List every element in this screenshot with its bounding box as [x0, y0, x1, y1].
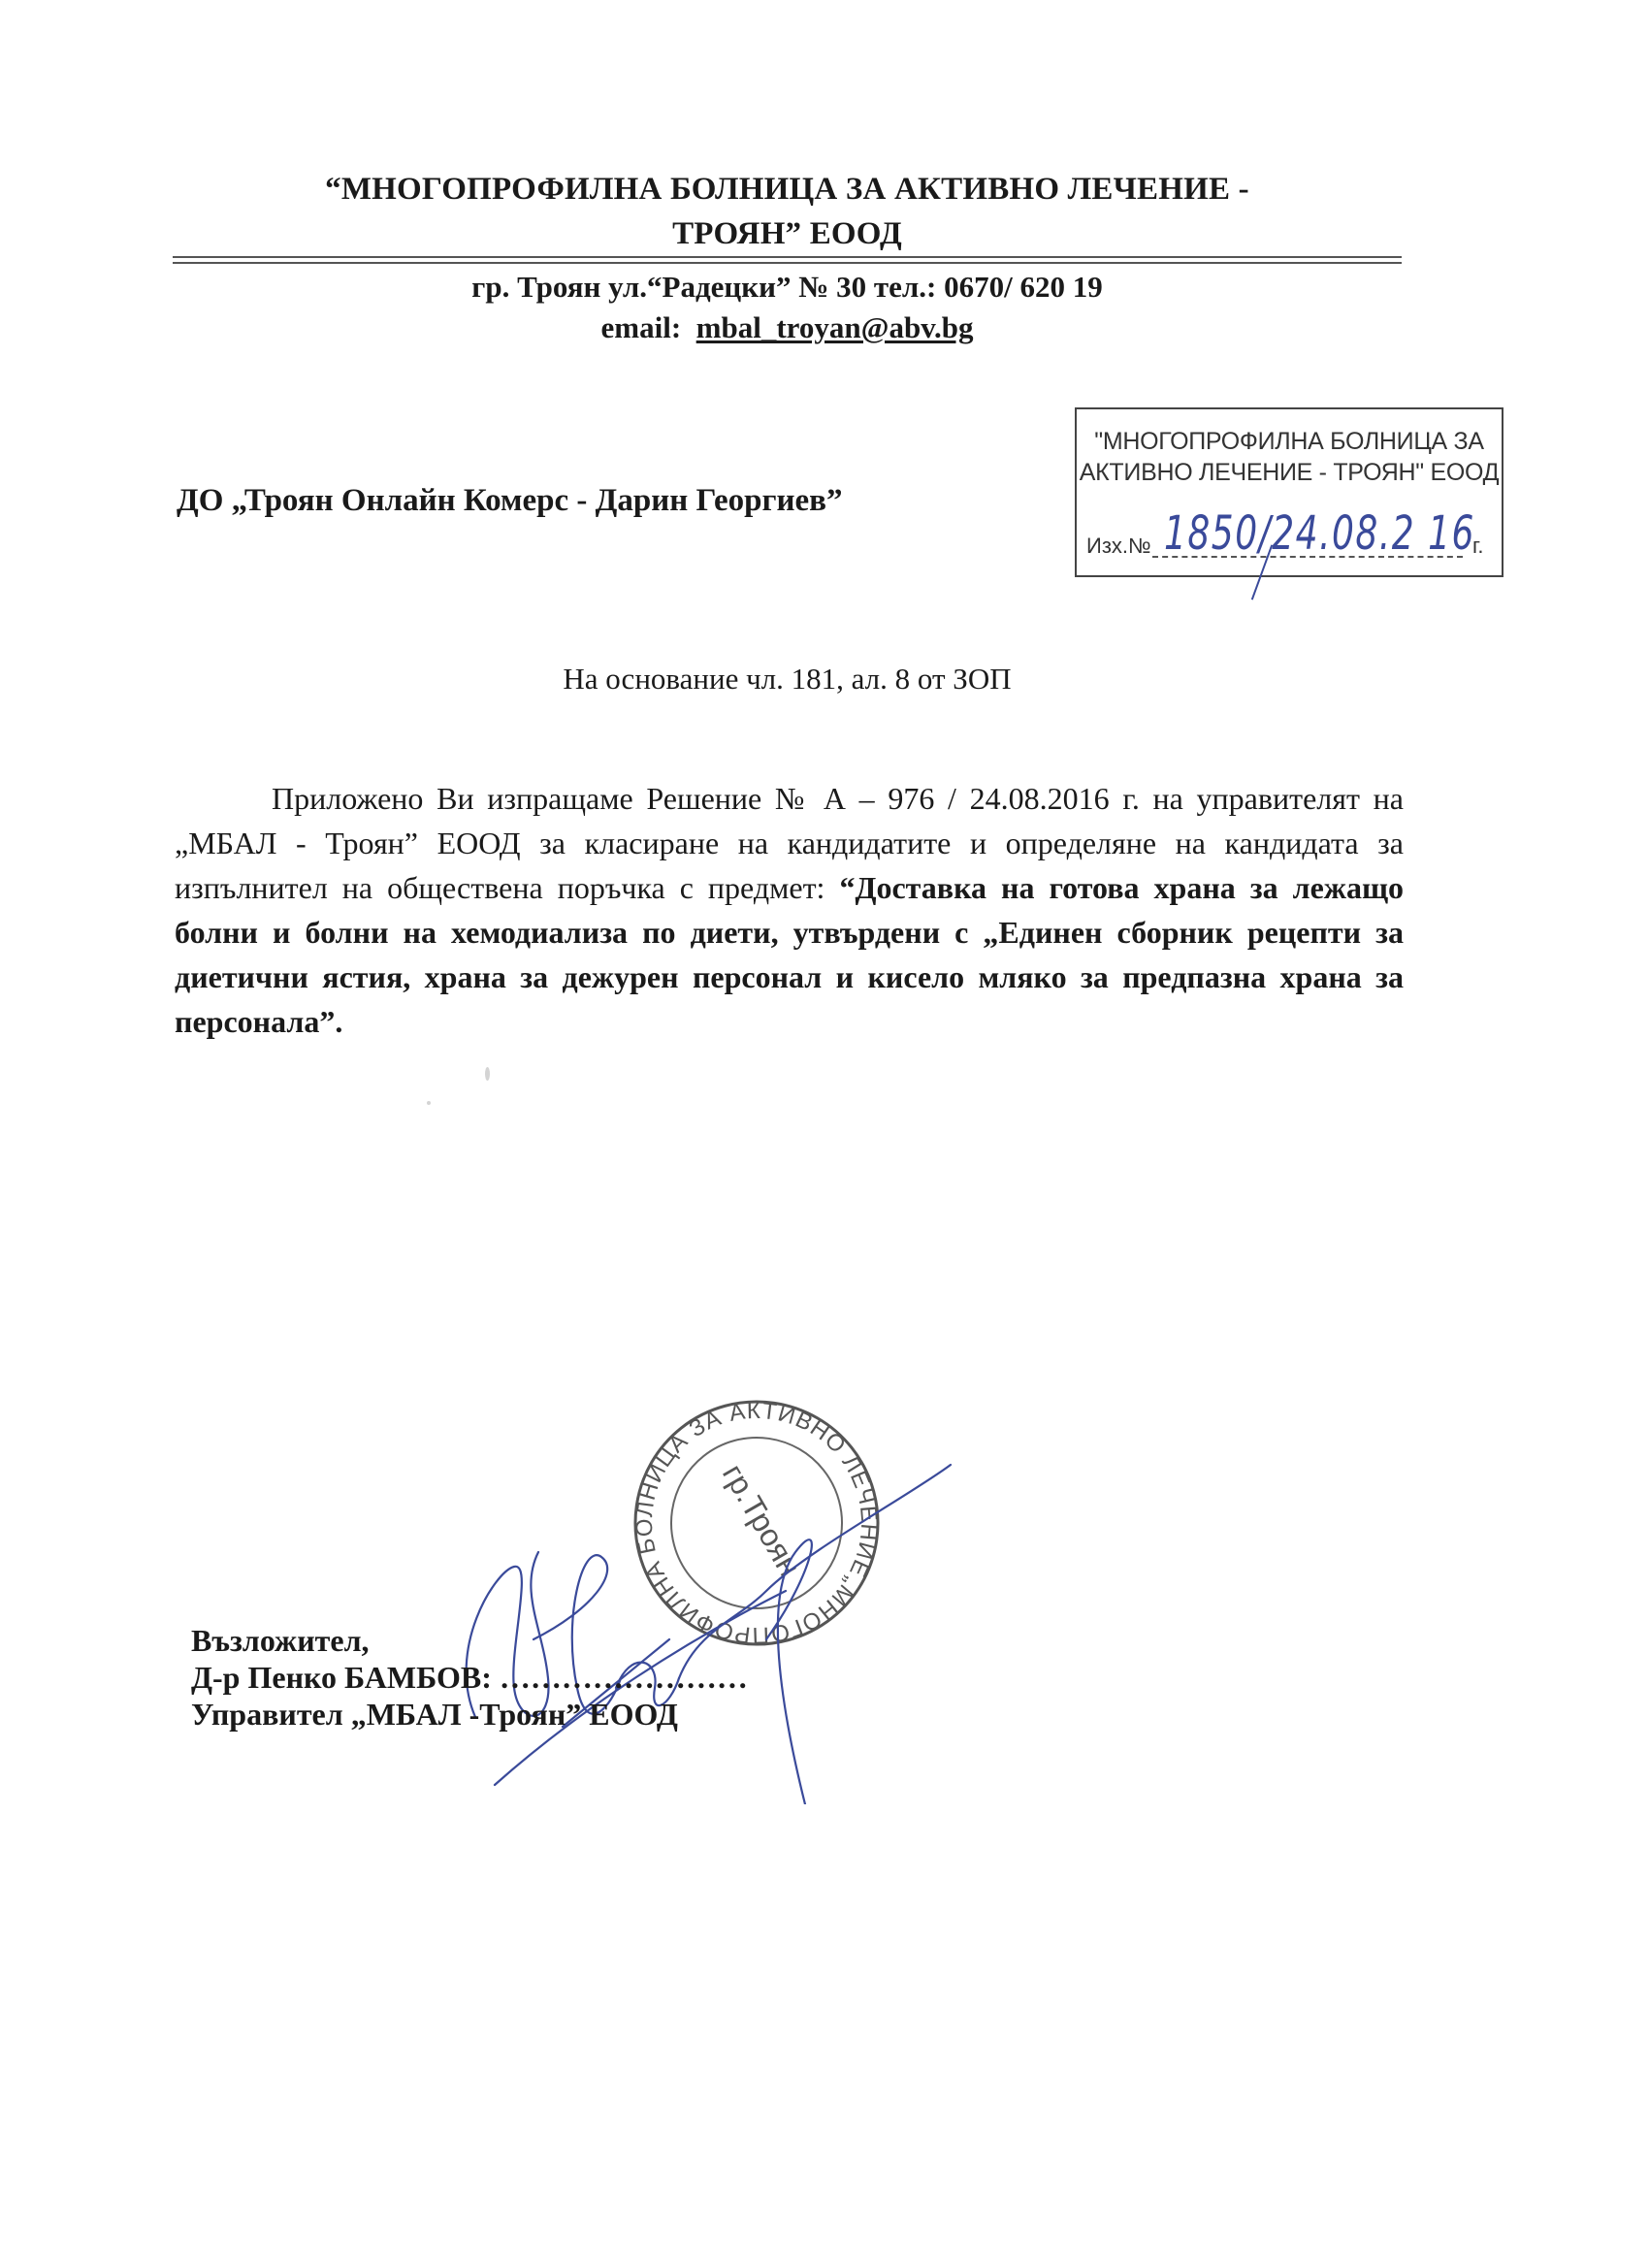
legal-basis: На основание чл. 181, ал. 8 от ЗОП — [173, 662, 1402, 697]
stamp-line1: "МНОГОПРОФИЛНА БОЛНИЦА ЗА — [1077, 427, 1502, 456]
scan-artifact — [427, 1101, 431, 1105]
recipient: ДО „Троян Онлайн Комерс - Дарин Георгиев… — [177, 483, 842, 519]
svg-text:„МНОГОПРОФИЛНА БОЛНИЦА ЗА АКТИ: „МНОГОПРОФИЛНА БОЛНИЦА ЗА АКТИВНО ЛЕЧЕНИ… — [575, 1397, 970, 1804]
stamp-year-suffix: г. — [1472, 534, 1483, 559]
signatory-title: Управител „МБАЛ -Троян” ЕООД — [191, 1696, 748, 1733]
handwritten-registry-number: 1850/24.08.2 16 — [1164, 506, 1475, 561]
email-link[interactable]: mbal_troyan@abv.bg — [696, 310, 974, 344]
round-seal-icon: „МНОГОПРОФИЛНА БОЛНИЦА ЗА АКТИВНО ЛЕЧЕНИ… — [575, 1397, 970, 1804]
seal-center-text: гр.Троян — [716, 1458, 808, 1582]
hospital-email-row: email: mbal_troyan@abv.bg — [173, 308, 1402, 347]
email-label: email: — [601, 310, 682, 344]
letter-body: Приложено Ви изпращаме Решение № А – 976… — [175, 776, 1404, 1044]
hospital-name-line2: ТРОЯН” ЕООД — [173, 211, 1402, 256]
stamp-number-prefix: Изх.№ — [1086, 534, 1151, 559]
stamp-number-row: Изх.№ 1850/24.08.2 16 г. — [1086, 506, 1494, 565]
signatory-name: Д-р Пенко БАМБОВ: …………………… — [191, 1659, 748, 1696]
seal-and-signature: „МНОГОПРОФИЛНА БОЛНИЦА ЗА АКТИВНО ЛЕЧЕНИ… — [369, 1397, 970, 1804]
signature-block: Възложител, Д-р Пенко БАМБОВ: …………………… У… — [191, 1622, 748, 1733]
hospital-name-line1: “МНОГОПРОФИЛНА БОЛНИЦА ЗА АКТИВНО ЛЕЧЕНИ… — [173, 167, 1402, 211]
letterhead-divider-top — [173, 256, 1402, 258]
outgoing-registry-stamp: "МНОГОПРОФИЛНА БОЛНИЦА ЗА АКТИВНО ЛЕЧЕНИ… — [1075, 407, 1503, 577]
hospital-address: гр. Троян ул.“Радецки” № 30 тел.: 0670/ … — [173, 268, 1402, 307]
stamp-line2: АКТИВНО ЛЕЧЕНИЕ - ТРОЯН" ЕООД — [1077, 458, 1502, 487]
signatory-role: Възложител, — [191, 1622, 748, 1659]
letterhead-divider-bottom — [173, 262, 1402, 264]
scan-artifact — [485, 1067, 490, 1081]
